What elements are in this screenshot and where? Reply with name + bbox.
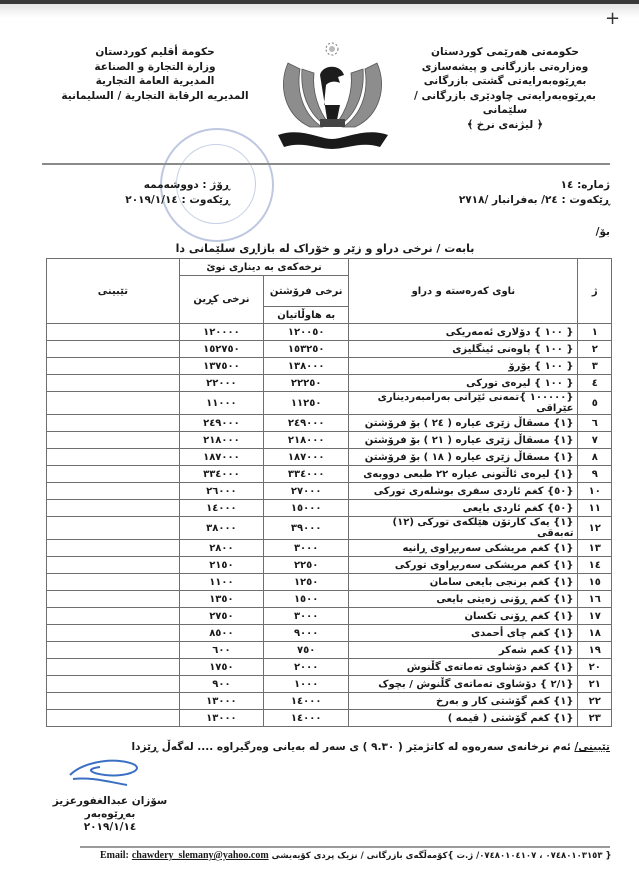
row-item: { ١٠٠ } پاوەنی ئینگلیزی [349,341,578,358]
row-sell-price: ١١٢٥٠ [264,392,349,415]
row-buy-price: ١٧٥٠ [179,659,263,676]
header-buy: نرخی کڕین [179,276,263,324]
row-buy-price: ١٣٠٠٠ [179,710,263,727]
footnote: تێبینی/ ئەم نرخانەی سەرەوە لە کاتژمێر ( … [130,741,610,753]
row-item: {١٠٠٠٠٠ }تمەنی ئێرانی بەرامبەردیناری عێر… [349,392,578,415]
table-row: ١٧{١} کغم ڕۆنی تکسان٣٠٠٠٢٧٥٠ [47,608,612,625]
address-phones: { ٠٧٤٨٠١٠٣١٥٣ ، ٠٧٤٨٠١٠٤١٠٧/ ژ.ت }کۆمەڵگ… [272,851,612,861]
row-note [47,341,180,358]
email-label: Email: [100,850,129,861]
row-number: ٦ [578,415,612,432]
header-note: تێبینی [47,259,180,324]
row-sell-price: ١٥٠٠ [264,591,349,608]
signature-icon [65,755,145,790]
table-row: ٢٣{١} کغم گۆشتی ( قیمە )١٤٠٠٠١٣٠٠٠ [47,710,612,727]
row-sell-price: ١٠٠٠ [264,676,349,693]
date-label: ڕێکەوت : [561,194,610,206]
table-row: ٩{١} لیرەی ئاڵتونی عیارە ٢٢ طبعی دووبەی٣… [47,466,612,483]
row-note [47,625,180,642]
table-row: ٢٠{١} کغم دۆشاوی تەماتەی گڵنوش٢٠٠٠١٧٥٠ [47,659,612,676]
row-buy-price: ٦٠٠ [179,642,263,659]
row-number: ١٩ [578,642,612,659]
row-buy-price: ١٢٠٠٠٠ [179,324,263,341]
row-item: {١} کغم مریشکی سەربڕاوی ڕانیە [349,540,578,557]
row-number: ١٦ [578,591,612,608]
row-buy-price: ٨٥٠٠ [179,625,263,642]
row-buy-price: ٢٦٠٠٠ [179,483,263,500]
row-buy-price: ١٣٥٠ [179,591,263,608]
row-item: {١} کغم ڕۆنی تکسان [349,608,578,625]
row-number: ٨ [578,449,612,466]
row-note [47,432,180,449]
row-note [47,659,180,676]
day-date-block: ڕۆژ : دووشەممە ڕێکەوت : ٢٠١٩/١/١٤ [70,178,230,208]
row-item: {١} کغم شەکر [349,642,578,659]
header-divider [42,163,610,165]
table-row: ٧{١} مسقاڵ زێری عیارە ( ٢١ ) بۆ فرۆشتن٢١… [47,432,612,449]
row-item: {١} کغم گۆشتی ( قیمە ) [349,710,578,727]
row-item: {١} مسقاڵ زێری عیارە ( ٢١ ) بۆ فرۆشتن [349,432,578,449]
row-note [47,483,180,500]
footnote-label: تێبینی/ [574,741,610,753]
row-item: {١} کغم چای أحمدی [349,625,578,642]
date-label: ڕێکەوت : [181,194,230,206]
row-buy-price: ١٨٧٠٠٠ [179,449,263,466]
row-item: {١} کغم برنجی بایعی سامان [349,574,578,591]
row-sell-price: ٣٠٠٠ [264,540,349,557]
row-sell-price: ١٤٠٠٠ [264,710,349,727]
row-number: ٧ [578,432,612,449]
table-row: ١١{٥٠} کغم ئاردی بایعی١٥٠٠٠١٤٠٠٠ [47,500,612,517]
signer-block: سۆزان عبدالغفورعزیز بەڕێوەبەر ٢٠١٩/١/١٤ [50,795,170,834]
row-sell-price: ٢٢٥٠ [264,557,349,574]
row-number: ٢١ [578,676,612,693]
row-sell-price: ٢٠٠٠ [264,659,349,676]
row-buy-price: ١٤٠٠٠ [179,500,263,517]
header-item: ناوی کەرەستە و دراو [349,259,578,324]
row-buy-price: ٣٨٠٠٠ [179,517,263,540]
row-note [47,500,180,517]
table-row: ١٩{١} کغم شەکر٧٥٠٦٠٠ [47,642,612,659]
row-note [47,574,180,591]
row-note [47,540,180,557]
row-number: ٤ [578,375,612,392]
letterhead-line: وەزارەتی بازرگانی و پیشەسازی [400,60,610,75]
email-link[interactable]: chawdery_slemany@yahoo.com [132,850,269,861]
row-buy-price: ٢٧٥٠ [179,608,263,625]
row-buy-price: ١٥٢٧٥٠ [179,341,263,358]
row-note [47,415,180,432]
row-note [47,608,180,625]
footnote-text: ئەم نرخانەی سەرەوە لە کاتژمێر ( ٩.٣٠ ) ی… [131,741,574,753]
row-sell-price: ١٥٠٠٠ [264,500,349,517]
letterhead-line: ﴿ لیژنەی نرخ ﴾ [400,118,610,133]
scan-shadow [0,4,639,18]
row-buy-price: ١٣٠٠٠ [179,693,263,710]
letterhead-line: المديرية العامة التجارية [55,74,255,89]
letterhead-line: وزارة التجارة و الصناعة [55,60,255,75]
row-item: {٥٠} کغم ئاردی سفری بوشلەری تورکی [349,483,578,500]
plus-mark-icon: + [605,8,620,29]
day-label: ڕۆژ : [202,179,230,191]
row-note [47,449,180,466]
row-number: ٢٠ [578,659,612,676]
row-sell-price: ٣٠٠٠ [264,608,349,625]
table-row: ١٢{١} یەک کارتۆن هێلکەی تورکی (١٢) تەبەق… [47,517,612,540]
signer-date: ٢٠١٩/١/١٤ [50,821,170,834]
row-number: ١٧ [578,608,612,625]
number-value: ١٤ [561,179,574,191]
row-sell-price: ٢٤٩٠٠٠ [264,415,349,432]
row-note [47,517,180,540]
row-item: {١} کغم مریشکی سەربڕاوی تورکی [349,557,578,574]
row-item: {١} مسقاڵ زێری عیارە ( ٢٤ ) بۆ فرۆشتن [349,415,578,432]
row-item: {٢/١ } دۆشاوی تەماتەی گڵنوش / بچوک [349,676,578,693]
table-row: ٥{١٠٠٠٠٠ }تمەنی ئێرانی بەرامبەردیناری عێ… [47,392,612,415]
table-row: ١٤{١} کغم مریشکی سەربڕاوی تورکی٢٢٥٠٢١٥٠ [47,557,612,574]
row-buy-price: ٢١٥٠ [179,557,263,574]
row-number: ٢٣ [578,710,612,727]
table-row: ٢٢{١} کغم گۆشتی کار و بەرخ١٤٠٠٠١٣٠٠٠ [47,693,612,710]
row-number: ١ [578,324,612,341]
footer-divider [80,846,610,848]
row-sell-price: ١٥٣٢٥٠ [264,341,349,358]
row-buy-price: ٩٠٠ [179,676,263,693]
row-item: {١} کغم دۆشاوی تەماتەی گڵنوش [349,659,578,676]
row-sell-price: ١٢٥٠ [264,574,349,591]
row-buy-price: ٢٢٠٠٠ [179,375,263,392]
row-number: ٣ [578,358,612,375]
row-buy-price: ٢٨٠٠ [179,540,263,557]
kurdish-date-value: ٢٤/ بەفرانبار /٢٧١٨ [459,194,558,206]
row-sell-price: ١٣٨٠٠٠ [264,358,349,375]
row-note [47,375,180,392]
signer-name: سۆزان عبدالغفورعزیز [50,795,170,808]
table-row: ١٠{٥٠} کغم ئاردی سفری بوشلەری تورکی٢٧٠٠٠… [47,483,612,500]
header-sell: نرخی فرۆشتن [264,276,349,307]
row-sell-price: ١٤٠٠٠ [264,693,349,710]
table-row: ١٨{١} کغم چای أحمدی٩٠٠٠٨٥٠٠ [47,625,612,642]
row-item: {٥٠} کغم ئاردی بایعی [349,500,578,517]
row-number: ٢٢ [578,693,612,710]
row-note [47,591,180,608]
table-row: ١{ ١٠٠ } دۆلاری ئەمەریکی١٢٠٠٥٠١٢٠٠٠٠ [47,324,612,341]
row-sell-price: ٣٣٤٠٠٠ [264,466,349,483]
row-number: ٢ [578,341,612,358]
row-sell-price: ١٨٧٠٠٠ [264,449,349,466]
row-number: ١٤ [578,557,612,574]
letterhead-line: حكومة أقليم كوردستان [55,45,255,60]
price-table: ژ ناوی کەرەستە و دراو نرخەکەی بە دیناری … [46,258,612,727]
table-row: ٢١{٢/١ } دۆشاوی تەماتەی گڵنوش / بچوک١٠٠٠… [47,676,612,693]
row-buy-price: ١٣٧٥٠٠ [179,358,263,375]
gregorian-date-value: ٢٠١٩/١/١٤ [125,194,178,206]
header-price-group: نرخەکەی بە دیناری نوێ [179,259,349,276]
table-row: ٢{ ١٠٠ } پاوەنی ئینگلیزی١٥٣٢٥٠١٥٢٧٥٠ [47,341,612,358]
row-buy-price: ٣٣٤٠٠٠ [179,466,263,483]
table-row: ٣{ ١٠٠ } یۆرۆ١٣٨٠٠٠١٣٧٥٠٠ [47,358,612,375]
row-number: ٩ [578,466,612,483]
subject-line: بابەت / نرخی دراو و زێر و خۆراک لە بازاڕ… [130,242,520,255]
row-note [47,676,180,693]
row-sell-price: ٢١٨٠٠٠ [264,432,349,449]
row-item: { ١٠٠ } دۆلاری ئەمەریکی [349,324,578,341]
row-sell-price: ٢٧٠٠٠ [264,483,349,500]
row-item: {١} کغم ڕۆنی زەیتی بایعی [349,591,578,608]
letterhead-arabic: حكومة أقليم كوردستان وزارة التجارة و الص… [55,45,255,103]
header-sell-sub: بە هاوڵاتیان [264,307,349,324]
row-buy-price: ١١٠٠٠ [179,392,263,415]
contact-footer: Email: chawdery_slemany@yahoo.com { ٠٧٤٨… [100,850,600,861]
letterhead-line: المديريه الرقابة التجارية / السليمانية [55,89,255,104]
row-sell-price: ١٢٠٠٥٠ [264,324,349,341]
row-note [47,557,180,574]
header-no: ژ [578,259,612,324]
row-item: { ١٠٠ } لیرەی تورکی [349,375,578,392]
row-buy-price: ٢٤٩٠٠٠ [179,415,263,432]
recipient-label: بۆ/ [480,226,610,238]
row-sell-price: ٧٥٠ [264,642,349,659]
row-number: ١٣ [578,540,612,557]
row-number: ١٠ [578,483,612,500]
row-sell-price: ٣٩٠٠٠ [264,517,349,540]
table-row: ١٦{١} کغم ڕۆنی زەیتی بایعی١٥٠٠١٣٥٠ [47,591,612,608]
row-note [47,392,180,415]
letterhead-line: حکومەتی هەرێمی کوردستان [400,45,610,60]
row-note [47,466,180,483]
letterhead-line: بەڕێوەبەرایەتی چاودێری بازرگانی / سلێمان… [400,89,610,118]
day-value: دووشەممە [144,179,199,191]
row-item: { ١٠٠ } یۆرۆ [349,358,578,375]
reference-block: ژمارە: ١٤ ڕێکەوت : ٢٤/ بەفرانبار /٢٧١٨ [440,178,610,208]
signer-title: بەڕێوەبەر [50,808,170,821]
row-note [47,642,180,659]
row-sell-price: ٢٢٢٥٠ [264,375,349,392]
table-row: ١٥{١} کغم برنجی بایعی سامان١٢٥٠١١٠٠ [47,574,612,591]
row-number: ١٢ [578,517,612,540]
row-buy-price: ١١٠٠ [179,574,263,591]
row-note [47,693,180,710]
table-row: ٦{١} مسقاڵ زێری عیارە ( ٢٤ ) بۆ فرۆشتن٢٤… [47,415,612,432]
kurdistan-emblem-icon [270,35,395,155]
row-number: ١١ [578,500,612,517]
letterhead-line: بەڕێوەبەرایەتی گشتی بازرگانی [400,74,610,89]
table-row: ٨{١} مسقاڵ زێری عیارە ( ١٨ ) بۆ فرۆشتن١٨… [47,449,612,466]
row-item: {١} یەک کارتۆن هێلکەی تورکی (١٢) تەبەقی [349,517,578,540]
letterhead-kurdish: حکومەتی هەرێمی کوردستان وەزارەتی بازرگان… [400,45,610,132]
table-row: ٤{ ١٠٠ } لیرەی تورکی٢٢٢٥٠٢٢٠٠٠ [47,375,612,392]
row-buy-price: ٢١٨٠٠٠ [179,432,263,449]
row-note [47,710,180,727]
row-item: {١} کغم گۆشتی کار و بەرخ [349,693,578,710]
row-number: ١٥ [578,574,612,591]
row-item: {١} مسقاڵ زێری عیارە ( ١٨ ) بۆ فرۆشتن [349,449,578,466]
number-label: ژمارە: [577,179,610,191]
row-sell-price: ٩٠٠٠ [264,625,349,642]
row-note [47,358,180,375]
row-number: ٥ [578,392,612,415]
table-row: ١٣{١} کغم مریشکی سەربڕاوی ڕانیە٣٠٠٠٢٨٠٠ [47,540,612,557]
row-number: ١٨ [578,625,612,642]
row-note [47,324,180,341]
row-item: {١} لیرەی ئاڵتونی عیارە ٢٢ طبعی دووبەی [349,466,578,483]
